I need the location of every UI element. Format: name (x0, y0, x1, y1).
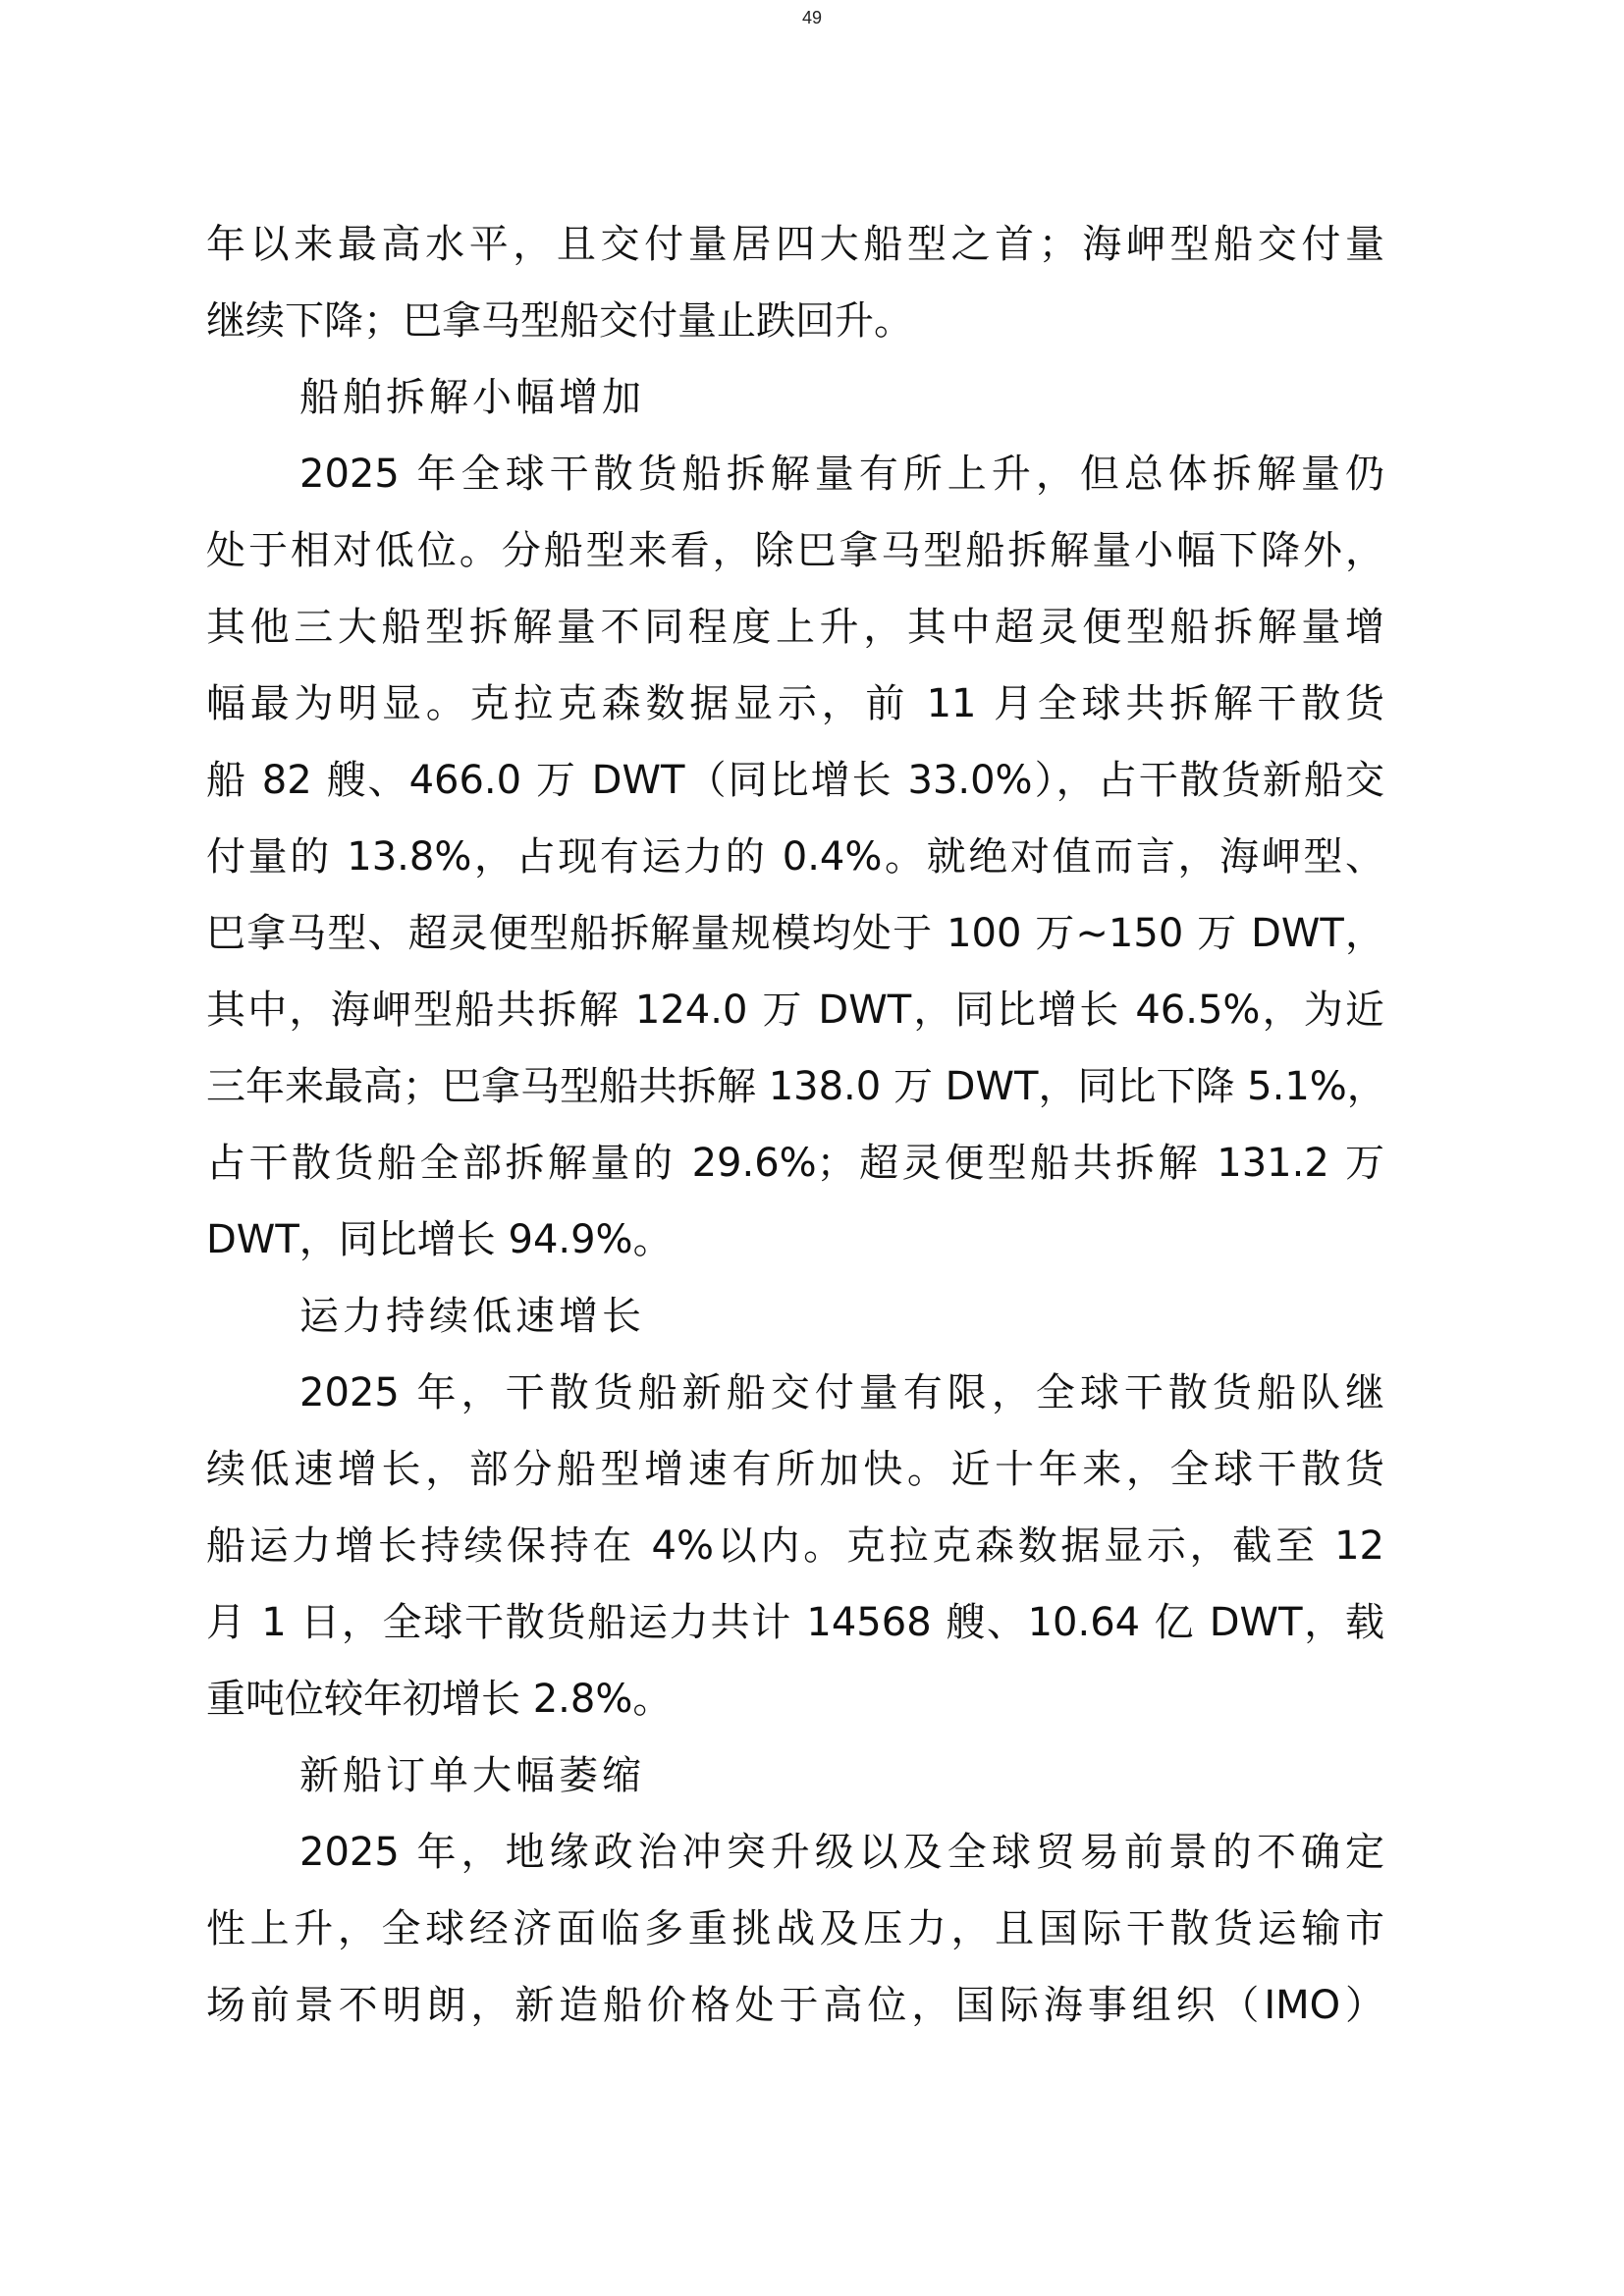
paragraph-first-line: 2025 年，干散货船新船交付量有限，全球干散货船队继 (299, 1365, 1384, 1420)
paragraph-first-line: 2025 年全球干散货船拆解量有所上升，但总体拆解量仍 (299, 447, 1384, 502)
paragraph-line: 幅最为明显。克拉克森数据显示，前 11 月全球共拆解干散货 (206, 676, 1384, 731)
paragraph-line: 三年来最高；巴拿马型船共拆解 138.0 万 DWT，同比下降 5.1%， (206, 1059, 1384, 1114)
paragraph-last-line: DWT，同比增长 94.9%。 (206, 1212, 1384, 1267)
paragraph-line: 月 1 日，全球干散货船运力共计 14568 艘、10.64 亿 DWT，载 (206, 1595, 1384, 1650)
paragraph-line: 付量的 13.8%，占现有运力的 0.4%。就绝对值而言，海岬型、 (206, 829, 1384, 884)
paragraph-line: 处于相对低位。分船型来看，除巴拿马型船拆解量小幅下降外， (206, 523, 1384, 578)
paragraph-line: 续低速增长，部分船型增速有所加快。近十年来，全球干散货 (206, 1442, 1384, 1497)
paragraph-line: 其他三大船型拆解量不同程度上升，其中超灵便型船拆解量增 (206, 600, 1384, 655)
paragraph-line: 性上升，全球经济面临多重挑战及压力，且国际干散货运输市 (206, 1901, 1384, 1956)
section-heading: 新船订单大幅萎缩 (299, 1748, 645, 1803)
paragraph-line: 巴拿马型、超灵便型船拆解量规模均处于 100 万~150 万 DWT， (206, 906, 1384, 961)
paragraph-line: 其中，海岬型船共拆解 124.0 万 DWT，同比增长 46.5%，为近 (206, 983, 1384, 1038)
section-heading: 船舶拆解小幅增加 (299, 370, 645, 425)
paragraph-first-line: 2025 年，地缘政治冲突升级以及全球贸易前景的不确定 (299, 1825, 1384, 1880)
paragraph-line: 占干散货船全部拆解量的 29.6%；超灵便型船共拆解 131.2 万 (206, 1136, 1384, 1191)
paragraph-line: 年以来最高水平，且交付量居四大船型之首；海岬型船交付量 (206, 217, 1384, 272)
paragraph-line: 船 82 艘、466.0 万 DWT（同比增长 33.0%），占干散货新船交 (206, 753, 1384, 808)
page-number: 49 (0, 8, 1624, 28)
section-heading: 运力持续低速增长 (299, 1289, 645, 1344)
paragraph-line: 场前景不明朗，新造船价格处于高位，国际海事组织（IMO） (206, 1978, 1384, 2033)
paragraph-last-line: 继续下降；巴拿马型船交付量止跌回升。 (206, 294, 1384, 348)
paragraph-line: 船运力增长持续保持在 4%以内。克拉克森数据显示，截至 12 (206, 1519, 1384, 1574)
paragraph-last-line: 重吨位较年初增长 2.8%。 (206, 1672, 1384, 1727)
